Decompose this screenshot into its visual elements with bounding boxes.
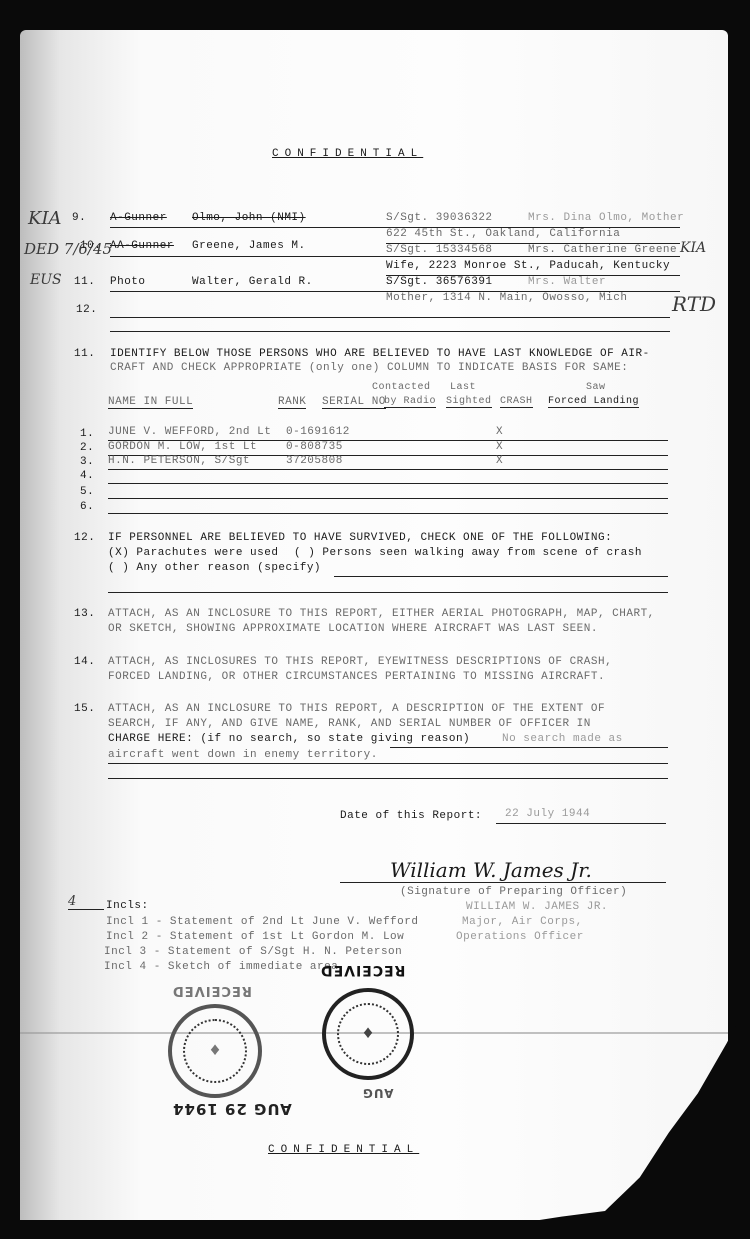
officer-signature: William W. James Jr. [390, 858, 592, 882]
crew-serial-9: S/Sgt. 39036322 [386, 212, 493, 224]
section-15-line-2: SEARCH, IF ANY, AND GIVE NAME, RANK, AND… [108, 718, 591, 730]
crew-name-9: Olmo, John (NMI) [192, 212, 306, 224]
col-radio-top: Contacted [372, 382, 431, 393]
witness-mark-2: X [496, 441, 503, 453]
section-12-text: IF PERSONNEL ARE BELIEVED TO HAVE SURVIV… [108, 532, 612, 544]
section-11-num: 11. [74, 348, 95, 360]
witness-mark-3: X [496, 455, 503, 467]
crew-position-10: AA-Gunner [110, 240, 174, 252]
witness-serial-3: 37205808 [286, 455, 343, 467]
section-13-line-1: ATTACH, AS AN INCLOSURE TO THIS REPORT, … [108, 608, 655, 620]
specify-line [334, 576, 668, 577]
annotation-eus: EUS [30, 272, 62, 288]
inclosures-label: Incls: [106, 900, 149, 912]
date-line [496, 823, 666, 824]
received-stamp-label-left: RECEIVED [172, 983, 252, 998]
answer-line-2 [108, 763, 668, 764]
witness-num-5: 5. [80, 486, 94, 498]
section-12-opt-other: ( ) Any other reason (specify) [108, 562, 321, 574]
specify-line-2 [108, 592, 668, 593]
col-radio: by Radio [384, 396, 436, 408]
officer-rank: Major, Air Corps, [462, 916, 583, 928]
inclosure-count: 4 [68, 894, 104, 910]
row-line-4 [108, 483, 668, 484]
col-forced: Forced Landing [548, 396, 639, 408]
stamp-inner-left: ♦ [183, 1019, 247, 1083]
section-13-line-2: OR SKETCH, SHOWING APPROXIMATE LOCATION … [108, 623, 598, 635]
received-stamp-left: ♦ [168, 1004, 262, 1098]
underline-12b [110, 331, 670, 332]
torn-edge [20, 1217, 440, 1239]
inclosure-2: Incl 2 - Statement of 1st Lt Gordon M. L… [106, 931, 404, 943]
col-forced-top: Saw [586, 382, 606, 393]
section-15-line-3: CHARGE HERE: (if no search, so state giv… [108, 733, 470, 745]
witness-mark-1: X [496, 426, 503, 438]
date-value: 22 July 1944 [505, 808, 590, 820]
header-confidential: CONFIDENTIAL [272, 148, 423, 160]
crew-address-9: 622 45th St., Oakland, California [386, 228, 620, 240]
inclosure-1: Incl 1 - Statement of 2nd Lt June V. Wef… [106, 916, 418, 928]
crew-address-10: Wife, 2223 Monroe St., Paducah, Kentucky [386, 260, 670, 272]
section-14-line-1: ATTACH, AS INCLOSURES TO THIS REPORT, EY… [108, 656, 612, 668]
crew-kin-10: Mrs. Catherine Greene [528, 244, 677, 256]
section-11-text-2: CRAFT AND CHECK APPROPRIATE (only one) C… [110, 362, 628, 374]
witness-num-4: 4. [80, 470, 94, 482]
answer-line-1 [390, 747, 668, 748]
section-11-text-1: IDENTIFY BELOW THOSE PERSONS WHO ARE BEL… [110, 348, 650, 360]
section-15-answer-2: aircraft went down in enemy territory. [108, 749, 378, 761]
crew-serial-10: S/Sgt. 15334568 [386, 244, 493, 256]
annotation-rtd: RTD [672, 292, 716, 316]
witness-num-6: 6. [80, 501, 94, 513]
col-serial: SERIAL NO [322, 396, 386, 409]
stamp-date-left: AUG 29 1944 [172, 1100, 292, 1118]
col-name: NAME IN FULL [108, 396, 193, 409]
underline-12 [110, 317, 670, 318]
crew-num-11: 11. [74, 276, 95, 288]
crew-serial-11: S/Sgt. 36576391 [386, 276, 493, 288]
crew-kin-11: Mrs. Walter [528, 276, 606, 288]
row-line-6 [108, 513, 668, 514]
row-line-5 [108, 498, 668, 499]
received-stamp-label-right: RECEIVED [320, 962, 405, 978]
answer-line-3 [108, 778, 668, 779]
witness-num-1: 1. [80, 428, 94, 440]
received-stamp-right: ♦ [322, 988, 414, 1080]
col-sighted-top: Last [450, 382, 476, 393]
col-crash: CRASH [500, 396, 533, 408]
col-sighted: Sighted [446, 396, 492, 408]
crew-position-11: Photo [110, 276, 146, 288]
footer-confidential: CONFIDENTIAL [268, 1144, 419, 1156]
crew-position-9: A-Gunner [110, 212, 167, 224]
inclosure-3: Incl 3 - Statement of S/Sgt H. N. Peters… [104, 946, 402, 958]
section-12-num: 12. [74, 532, 95, 544]
section-15-answer-1: No search made as [502, 733, 623, 745]
section-15-line-1: ATTACH, AS AN INCLOSURE TO THIS REPORT, … [108, 703, 605, 715]
crew-name-10: Greene, James M. [192, 240, 306, 252]
pen-nib-icon: ♦ [363, 1024, 374, 1044]
col-rank: RANK [278, 396, 306, 409]
pen-nib-icon: ♦ [210, 1041, 221, 1061]
section-15-num: 15. [74, 703, 95, 715]
witness-name-3: H.N. PETERSON, S/Sgt [108, 455, 250, 467]
officer-title: Operations Officer [456, 931, 584, 943]
crew-num-9: 9. [72, 212, 86, 224]
annotation-kia: KIA [28, 208, 62, 229]
section-13-num: 13. [74, 608, 95, 620]
crew-name-11: Walter, Gerald R. [192, 276, 313, 288]
witness-serial-1: 0-1691612 [286, 426, 350, 438]
signature-caption: (Signature of Preparing Officer) [400, 886, 627, 898]
crew-num-12: 12. [76, 304, 97, 316]
witness-num-3: 3. [80, 456, 94, 468]
underline-10 [110, 256, 680, 257]
annotation-kia-side: KIA [680, 240, 706, 256]
crew-address-11: Mother, 1314 N. Main, Owosso, Mich [386, 292, 627, 304]
officer-name: WILLIAM W. JAMES JR. [466, 901, 608, 913]
witness-name-2: GORDON M. LOW, 1st Lt [108, 441, 257, 453]
stamp-date-right: AUG [362, 1086, 394, 1100]
witness-serial-2: 0-808735 [286, 441, 343, 453]
crew-num-10: 10. [80, 240, 101, 252]
signature-line [340, 882, 666, 883]
row-line-3 [108, 469, 668, 470]
date-label: Date of this Report: [340, 810, 482, 822]
stamp-inner-right: ♦ [337, 1003, 399, 1065]
section-12-opt-walking: ( ) Persons seen walking away from scene… [294, 547, 642, 559]
witness-num-2: 2. [80, 442, 94, 454]
section-14-num: 14. [74, 656, 95, 668]
crew-kin-9: Mrs. Dina Olmo, Mother [528, 212, 684, 224]
inclosure-4: Incl 4 - Sketch of immediate area [104, 961, 338, 973]
witness-name-1: JUNE V. WEFFORD, 2nd Lt [108, 426, 271, 438]
section-14-line-2: FORCED LANDING, OR OTHER CIRCUMSTANCES P… [108, 671, 605, 683]
section-12-opt-parachutes: (X) Parachutes were used [108, 547, 278, 559]
